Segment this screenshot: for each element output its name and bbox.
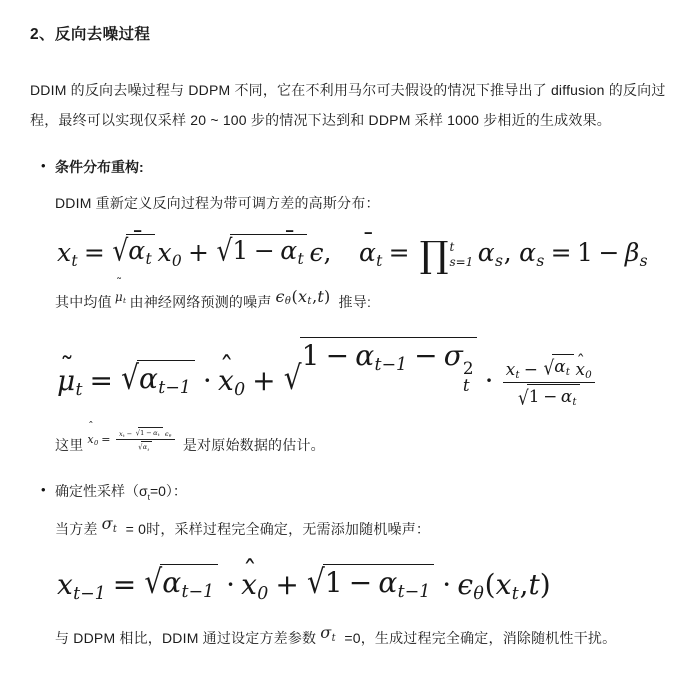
bullet2-title: 确定性采样（σt=0）： xyxy=(55,481,667,507)
formula-forward-process: xt=√¯αtx0+√1−¯αtϵ,¯αt=∏ts=1αs,αs=1−βs xyxy=(57,234,667,269)
inline-formula: σt xyxy=(102,509,118,542)
inline-formula: ˜μt xyxy=(115,282,127,314)
xhat-definition-line: 这里ˆx0=xt−√1−αtϵθ√αt 是对原始数据的估计。 xyxy=(55,430,667,463)
formula-ddim-sampling: xt−1=√αt−1·ˆx0+√1−αt−1·ϵθ(xt,t) xyxy=(57,564,667,601)
section-heading: 2、反向去噪过程 xyxy=(30,22,666,44)
inline-formula: σt xyxy=(320,615,336,654)
inline-formula: ˆx0=xt−√1−αtϵθ√αt xyxy=(87,425,174,456)
bullet-conditional-distribution: • 条件分布重构: DDIM 重新定义反向过程为带可调方差的高斯分布： xt=√… xyxy=(30,157,667,463)
bullet-list: • 条件分布重构: DDIM 重新定义反向过程为带可调方差的高斯分布： xt=√… xyxy=(30,157,666,659)
document: 2、反向去噪过程 DDIM 的反向去噪过程与 DDPM 不同，它在不利用马尔可夫… xyxy=(0,0,694,659)
bullet-dot-icon: • xyxy=(41,158,46,173)
bullet-dot-icon: • xyxy=(41,482,46,497)
formula-mu-tilde: ˜μt=√αt−1·ˆx0+√1−αt−1−σ2t·xt−√αtˆx0√1−αt xyxy=(57,337,667,411)
bullet-deterministic-sampling: • 确定性采样（σt=0）： 当方差σt = 0时，采样过程完全确定，无需添加随… xyxy=(30,481,667,659)
mu-derivation-line: 其中均值˜μt由神经网络预测的噪声ϵθ(xt,t) 推导: xyxy=(55,287,667,320)
bullet1-title: 条件分布重构: xyxy=(55,157,667,177)
inline-formula: ϵθ(xt,t) xyxy=(276,282,331,315)
bullet1-lead: DDIM 重新定义反向过程为带可调方差的高斯分布： xyxy=(55,188,667,218)
closing-paragraph: 与 DDPM 相比，DDIM 通过设定方差参数σt =0，生成过程完全确定，消除… xyxy=(55,620,667,659)
intro-paragraph: DDIM 的反向去噪过程与 DDPM 不同，它在不利用马尔可夫假设的情况下推导出… xyxy=(30,75,666,135)
sigma-zero-line: 当方差σt = 0时，采样过程完全确定，无需添加随机噪声： xyxy=(55,514,667,547)
